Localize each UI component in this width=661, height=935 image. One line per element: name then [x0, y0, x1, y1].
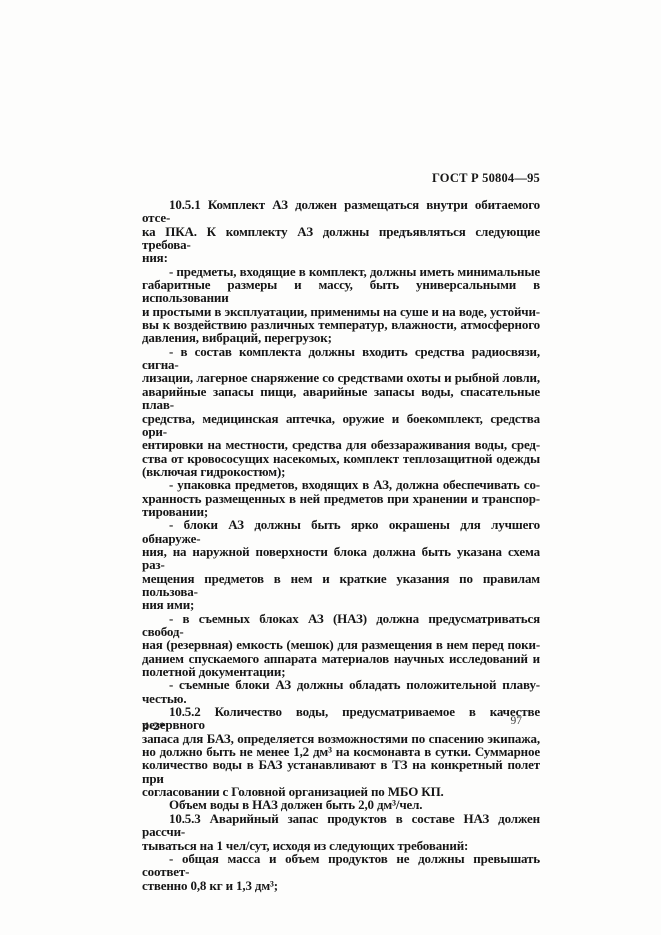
text-line: 10.5.1 Комплект АЗ должен размещаться вн…: [142, 198, 540, 225]
document-page: ГОСТ Р 50804—95 10.5.1 Комплект АЗ долже…: [0, 0, 661, 935]
document-body: 10.5.1 Комплект АЗ должен размещаться вн…: [142, 198, 540, 892]
text-line: (включая гидрокостюм);: [142, 465, 540, 478]
text-line: - упаковка предметов, входящих в АЗ, дол…: [142, 478, 540, 491]
text-line: мещения предметов в нем и краткие указан…: [142, 572, 540, 599]
text-line: 10.5.3 Аварийный запас продуктов в соста…: [142, 812, 540, 839]
text-line: ния, на наружной поверхности блока должн…: [142, 545, 540, 572]
text-line: ния:: [142, 251, 540, 264]
text-line: - блоки АЗ должны быть ярко окрашены для…: [142, 518, 540, 545]
text-line: ния ими;: [142, 598, 540, 611]
text-line: данием спускаемого аппарата материалов н…: [142, 652, 540, 665]
text-line: тировании;: [142, 505, 540, 518]
text-line: полетной документации;: [142, 665, 540, 678]
text-line: согласовании с Головной организацией по …: [142, 785, 540, 798]
text-line: хранность размещенных в ней предметов пр…: [142, 492, 540, 505]
text-line: и простыми в эксплуатации, применимы на …: [142, 305, 540, 318]
text-line: тываться на 1 чел/сут, исходя из следующ…: [142, 839, 540, 852]
text-line: запаса для БАЗ, определяется возможностя…: [142, 732, 540, 745]
text-line: количество воды в БАЗ устанавливают в ТЗ…: [142, 758, 540, 785]
text-line: ентировки на местности, средства для обе…: [142, 438, 540, 451]
text-line: вы к воздействию различных температур, в…: [142, 318, 540, 331]
text-line: - общая масса и объем продуктов не должн…: [142, 852, 540, 879]
text-line: ка ПКА. К комплекту АЗ должны предъявлят…: [142, 225, 540, 252]
text-line: лизации, лагерное снаряжение со средства…: [142, 371, 540, 384]
page-number: 97: [142, 715, 522, 727]
text-line: давления, вибраций, перегрузок;: [142, 331, 540, 344]
text-line: габаритные размеры и массу, быть универс…: [142, 278, 540, 305]
text-line: аварийные запасы пищи, аварийные запасы …: [142, 385, 540, 412]
text-line: ственно 0,8 кг и 1,3 дм³;: [142, 879, 540, 892]
text-line: - в съемных блоках АЗ (НАЗ) должна преду…: [142, 612, 540, 639]
text-line: ная (резервная) емкость (мешок) для разм…: [142, 638, 540, 651]
standard-number-header: ГОСТ Р 50804—95: [142, 171, 540, 186]
text-line: - предметы, входящие в комплект, должны …: [142, 265, 540, 278]
text-line: средства, медицинская аптечка, оружие и …: [142, 412, 540, 439]
text-line: но должно быть не менее 1,2 дм³ на космо…: [142, 745, 540, 758]
text-line: Объем воды в НАЗ должен быть 2,0 дм³/чел…: [142, 798, 540, 811]
text-line: ства от кровососущих насекомых, комплект…: [142, 452, 540, 465]
text-line: - в состав комплекта должны входить сред…: [142, 345, 540, 372]
text-line: честью.: [142, 692, 540, 705]
text-line: - съемные блоки АЗ должны обладать полож…: [142, 678, 540, 691]
